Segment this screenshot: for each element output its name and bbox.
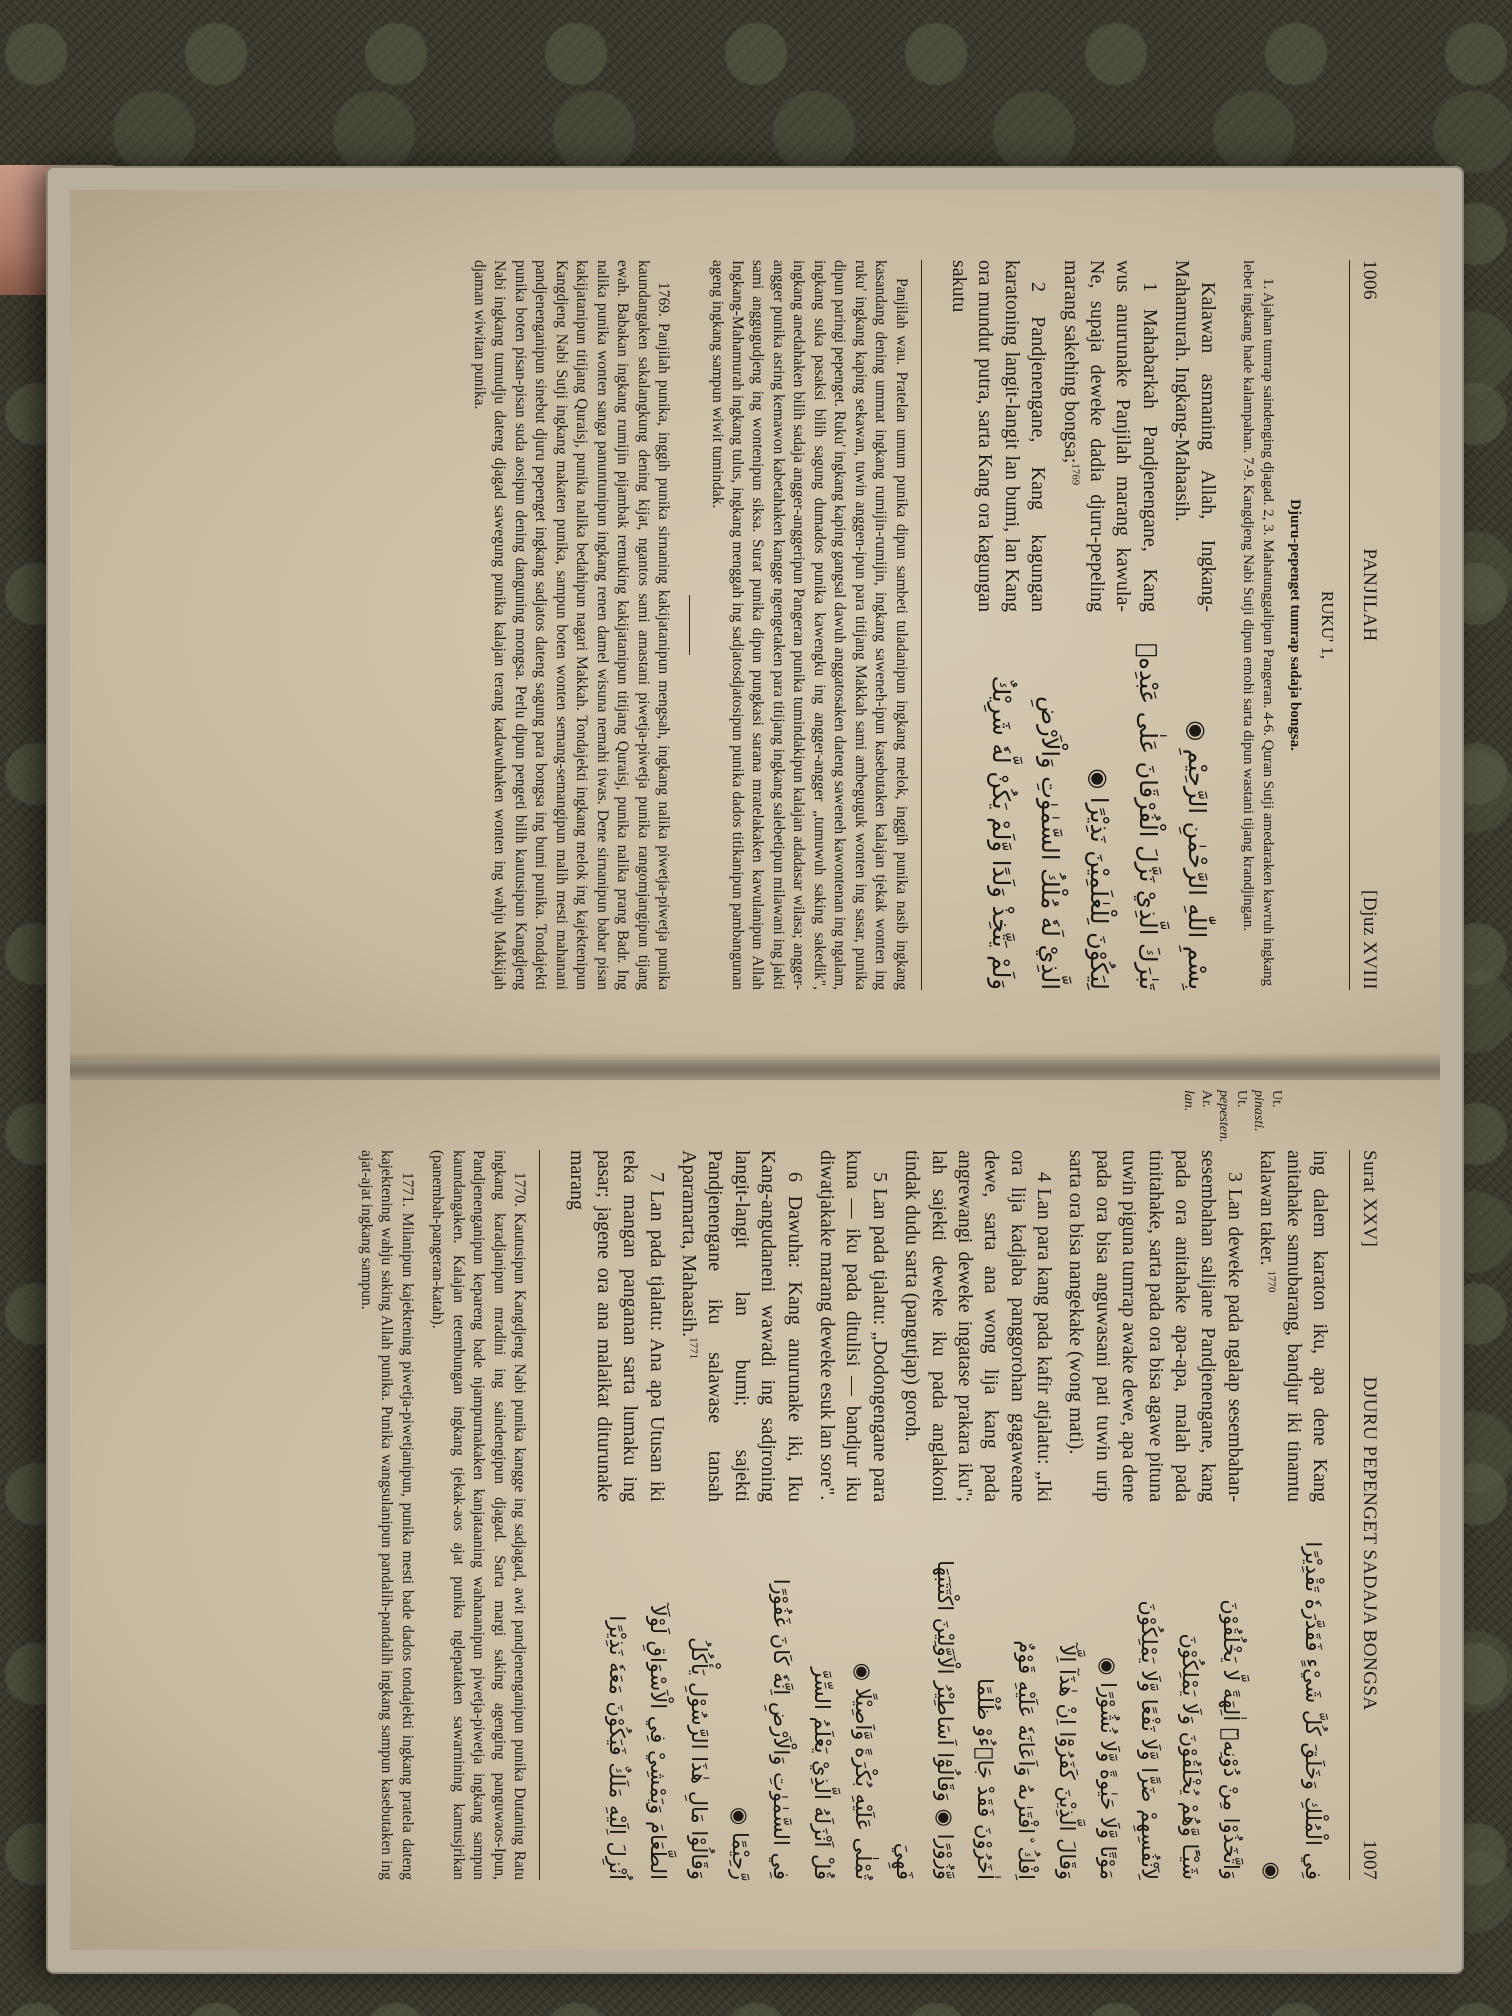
footnote: 1771. Milanipun kajektening piwetja-piwe… bbox=[355, 1150, 416, 1880]
arabic-line: مَوْتًا وَّلَا حَيٰوةً وَّلَا نُشُوْرًا … bbox=[1087, 1528, 1128, 1880]
footnote-number: 1771. bbox=[399, 1172, 416, 1207]
arabic-line: فِي الْمُلْكِ وَخَلَقَ كُلَّ شَيْءٍ فَقَ… bbox=[1251, 1528, 1333, 1880]
juz-label: [Djuz XVIII bbox=[1358, 890, 1380, 990]
right-running-header: Surat XXV] DJURU PEPENGET SADAJA BONGSA … bbox=[1349, 1150, 1380, 1880]
footnote-number: 1770. bbox=[511, 1172, 528, 1207]
verse: 1 Mahabarkah Pandjenengane, Kang wus anu… bbox=[1057, 260, 1163, 612]
arabic-line: وَقَالُوْا مَالِ هٰذَا الرَّسُوْلِ يَأْك… bbox=[678, 1528, 719, 1880]
divider bbox=[689, 595, 690, 655]
arabic-line: رَّحِيْمًا ◉ bbox=[719, 1528, 760, 1880]
verse: ing dalem karaton iku, apa dene Kang ani… bbox=[1254, 1150, 1333, 1502]
translation-column: ing dalem karaton iku, apa dene Kang ani… bbox=[558, 1150, 1333, 1502]
arabic-line: لِيَكُوْنَ لِلْعٰلَمِيْنَ نَذِيْرًا ◉ bbox=[1074, 638, 1123, 990]
footnote-ref: 1770 bbox=[1266, 1271, 1278, 1293]
arabic-line: تُمْلٰى عَلَيْهِ بُكْرَةً وَّاَصِيْلًا ◉ bbox=[842, 1528, 883, 1880]
section-subheading: Djuru-pepenget tumrap sadaja bongsa. bbox=[1286, 260, 1303, 990]
footnote: 1769. Panjilah punika, inggih punika sir… bbox=[469, 260, 674, 990]
arabic-line: وَّزُوْرًا ◉ وَقَالُوْٓا اَسَاطِيْرُ الْ… bbox=[883, 1528, 965, 1880]
verse-grid: Kalawan asmaning Allah, Ingkang-Mahamura… bbox=[940, 260, 1222, 990]
surah-label: Surat XXV] bbox=[1358, 1150, 1380, 1247]
footnote-ref: 1769 bbox=[1069, 463, 1081, 485]
section-heading: RUKU' 1, bbox=[1317, 260, 1337, 990]
section-summary: 1. Ajahan tumrap saindenging djagad. 2, … bbox=[1238, 260, 1279, 990]
verse: 4 Lan para kang pada kafir atjalatu: „Ik… bbox=[899, 1150, 1057, 1502]
footnote-number: 1769. bbox=[655, 282, 672, 317]
arabic-line: وَقَالَ الَّذِيْنَ كَفَرُوْٓا اِنْ هٰذَآ… bbox=[1046, 1528, 1087, 1880]
footnote-ref: 1771 bbox=[688, 1337, 700, 1359]
arabic-line: تَبٰرَكَ الَّذِيْ نَزَّلَ الْفُرْقَانَ ع… bbox=[1123, 638, 1172, 990]
arabic-column: بِسْمِ اللّٰهِ الرَّحْمٰنِ الرَّحِيْمِ ◉… bbox=[940, 638, 1222, 990]
arabic-line: شَيْـًٔا وَّهُمْ يُخْلَقُوْنَ وَلَا يَمْ… bbox=[1169, 1528, 1210, 1880]
arabic-line: فِي السَّمٰوٰتِ وَالْاَرْضِ اِنَّهٗ كَان… bbox=[760, 1528, 801, 1880]
footnote: 1770. Kautusipun Kangdjeng Nabi punika k… bbox=[427, 1150, 529, 1880]
page-number: 1007 bbox=[1358, 1840, 1380, 1880]
right-page: Surat XXV] DJURU PEPENGET SADAJA BONGSA … bbox=[70, 1080, 1440, 1950]
verse: 2 Pandjenengane, Kang kagungan karatonin… bbox=[946, 260, 1052, 612]
open-book-spread: 1006 PANJILAH [Djuz XVIII RUKU' 1, Djuru… bbox=[70, 190, 1440, 1950]
arabic-line: اِفْكُ ۨافْتَرٰىهُ وَاَعَانَهٗ عَلَيْهِ … bbox=[1006, 1528, 1047, 1880]
arabic-line: الَّذِيْ لَهٗ مُلْكُ السَّمٰوٰتِ وَالْاَ… bbox=[1025, 638, 1074, 990]
arabic-line: اُنْزِلَ اِلَيْهِ مَلَكٌ فَيَكُوْنَ مَعَ… bbox=[596, 1528, 637, 1880]
arabic-column: فِي الْمُلْكِ وَخَلَقَ كُلَّ شَيْءٍ فَقَ… bbox=[558, 1528, 1333, 1880]
margin-note: Ut.pepesten. bbox=[1215, 1090, 1250, 1146]
running-title: DJURU PEPENGET SADAJA BONGSA bbox=[1358, 1377, 1380, 1711]
running-title: PANJILAH bbox=[1358, 549, 1380, 642]
verse: 7 Lan pada tjalatu: Ana apa Utusan iki t… bbox=[564, 1150, 670, 1502]
page-number: 1006 bbox=[1358, 260, 1380, 300]
verse: 5 Lan pada tjalatu: „Dodongengane para k… bbox=[814, 1150, 893, 1502]
divider bbox=[539, 1150, 540, 1880]
verse: 6 Dawuha: Kang anurunake iki, Iku Kang-a… bbox=[676, 1150, 808, 1502]
arabic-line: لِاَنْفُسِهِمْ ضَرًّا وَّلَا نَفْعًا وَّ… bbox=[1128, 1528, 1169, 1880]
divider bbox=[921, 260, 922, 990]
arabic-line: الطَّعَامَ وَيَمْشِيْ فِي الْاَسْوَاقِ ل… bbox=[637, 1528, 678, 1880]
margin-note: Ar. lan. bbox=[1180, 1090, 1215, 1146]
translation-column: Kalawan asmaning Allah, Ingkang-Mahamura… bbox=[940, 260, 1222, 612]
commentary-paragraph: Panjilah wau. Pratelan umum punika dipun… bbox=[706, 260, 911, 990]
arabic-line: اٰخَرُوْنَ فَقَدْ جَاۤءُوْ ظُلْمًا bbox=[965, 1528, 1006, 1880]
arabic-line: وَاتَّخَذُوْا مِنْ دُوْنِهٖٓ اٰلِهَةً لَ… bbox=[1210, 1528, 1251, 1880]
arabic-line: وَلَمْ يَتَّخِذْ وَلَدًا وَّلَمْ يَكُنْ … bbox=[976, 638, 1025, 990]
margin-note: Ut.pinasti. bbox=[1250, 1090, 1285, 1146]
left-page: 1006 PANJILAH [Djuz XVIII RUKU' 1, Djuru… bbox=[70, 190, 1440, 1060]
margin-notes: Ut.pinasti. Ut.pepesten. Ar. lan. bbox=[1180, 1090, 1285, 1146]
verse-grid: Ut.pinasti. Ut.pepesten. Ar. lan. ing da… bbox=[558, 1150, 1333, 1880]
arabic-line: بِسْمِ اللّٰهِ الرَّحْمٰنِ الرَّحِيْمِ ◉ bbox=[1172, 638, 1221, 990]
verse: 3 Lan deweke pada ngalap sesembahan-sese… bbox=[1063, 1150, 1248, 1502]
arabic-line: قُلْ اَنْزَلَهُ الَّذِيْ يَعْلَمُ السِّر… bbox=[801, 1528, 842, 1880]
bismillah-translation: Kalawan asmaning Allah, Ingkang-Mahamura… bbox=[1169, 260, 1222, 612]
left-running-header: 1006 PANJILAH [Djuz XVIII bbox=[1349, 260, 1380, 990]
